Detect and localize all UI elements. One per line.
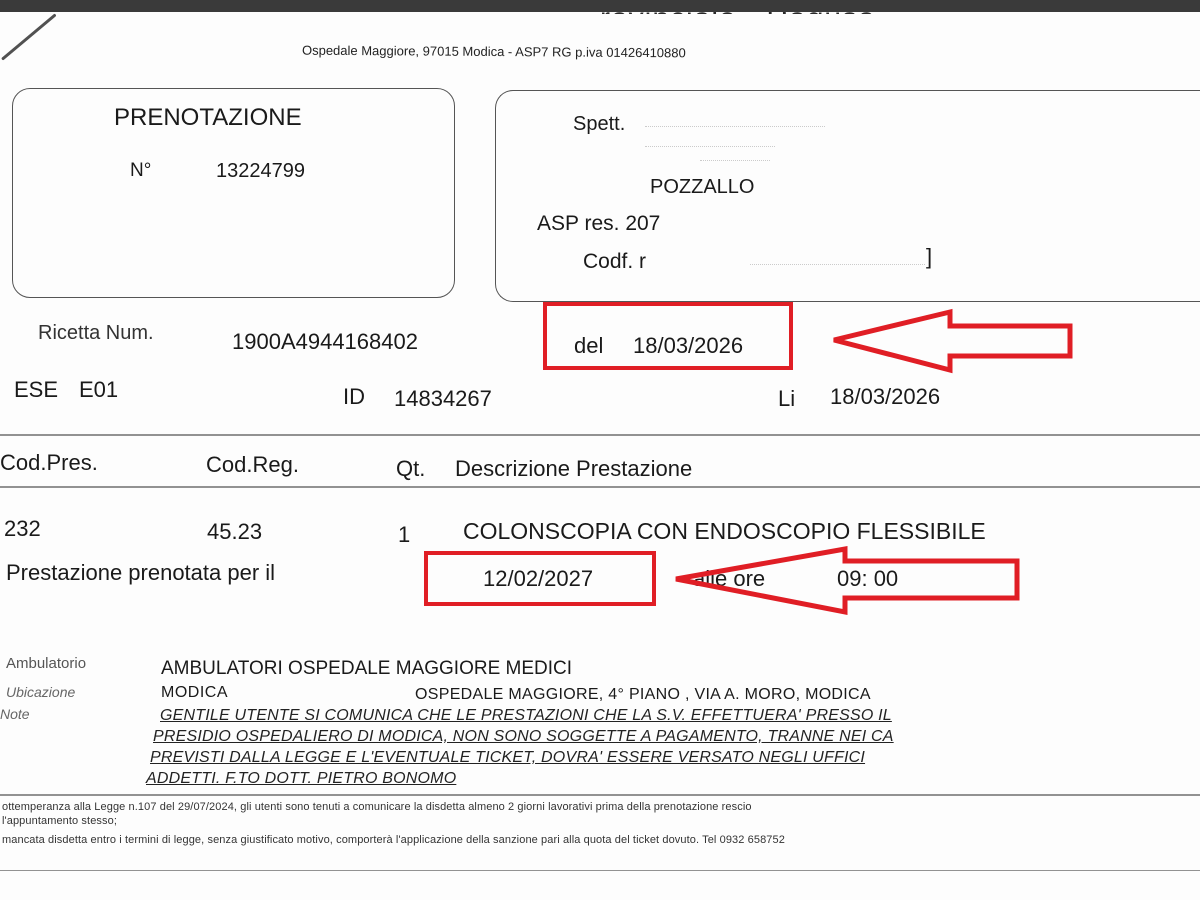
footer-line: ottemperanza alla Legge n.107 del 29/07/… [2,801,752,813]
ubicazione-address: OSPEDALE MAGGIORE, 4° PIANO , VIA A. MOR… [415,686,871,704]
ambulatorio-value: AMBULATORI OSPEDALE MAGGIORE MEDICI [161,658,572,680]
note-line: GENTILE UTENTE SI COMUNICA CHE LE PRESTA… [160,707,892,725]
note-line: PREVISTI DALLA LEGGE E L'EVENTUALE TICKE… [150,749,865,767]
footer-line: l'appuntamento stesso; [2,815,117,827]
ubicazione-city: MODICA [161,684,228,702]
note-line: PRESIDIO OSPEDALIERO DI MODICA, NON SONO… [153,728,894,746]
ambulatorio-label: Ambulatorio [6,655,86,672]
divider [0,794,1200,796]
divider [0,870,1200,871]
note-line: ADDETTI. F.TO DOTT. PIETRO BONOMO [146,770,456,788]
footer-line: mancata disdetta entro i termini di legg… [2,834,785,846]
note-label: Note [0,706,30,722]
ubicazione-label: Ubicazione [6,684,75,700]
